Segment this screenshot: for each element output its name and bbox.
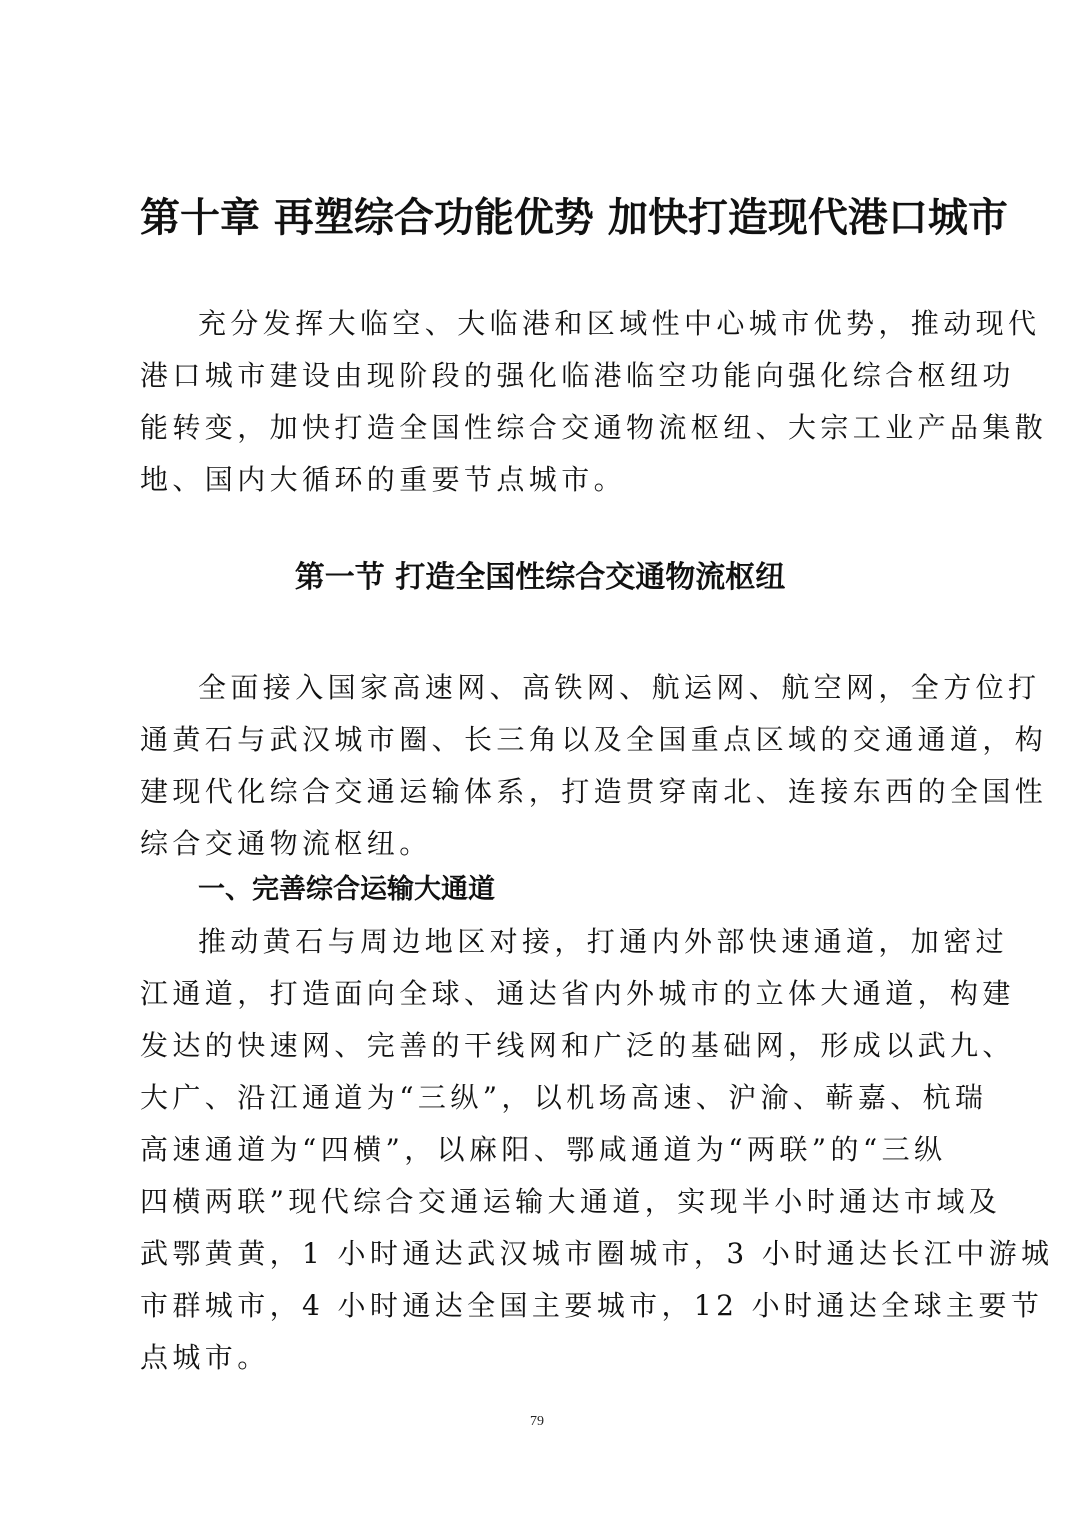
page-number: 79 <box>0 1412 1074 1432</box>
paragraph-line: 点城市。 <box>140 1332 940 1384</box>
paragraph-line: 充分发挥大临空、大临港和区域性中心城市优势，推动现代 <box>140 298 940 350</box>
paragraph-line: 全面接入国家高速网、高铁网、航运网、航空网，全方位打 <box>140 662 940 714</box>
paragraph-line: 发达的快速网、完善的干线网和广泛的基础网，形成以武九、 <box>140 1020 940 1072</box>
paragraph-line: 高速通道为“四横”，以麻阳、鄂咸通道为“两联”的“三纵 <box>140 1124 940 1176</box>
document-page: 第十章 再塑综合功能优势 加快打造现代港口城市 充分发挥大临空、大临港和区域性中… <box>0 0 1074 1520</box>
paragraph-line: 江通道，打造面向全球、通达省内外城市的立体大通道，构建 <box>140 968 940 1020</box>
chapter-intro-paragraph: 充分发挥大临空、大临港和区域性中心城市优势，推动现代 港口城市建设由现阶段的强化… <box>140 298 940 506</box>
section-title: 第一节 打造全国性综合交通物流枢纽 <box>140 556 940 600</box>
paragraph-line: 武鄂黄黄，1 小时通达武汉城市圈城市，3 小时通达长江中游城 <box>140 1228 940 1280</box>
paragraph-line: 地、国内大循环的重要节点城市。 <box>140 454 940 506</box>
paragraph-line: 能转变，加快打造全国性综合交通物流枢纽、大宗工业产品集散 <box>140 402 940 454</box>
paragraph-line: 港口城市建设由现阶段的强化临港临空功能向强化综合枢纽功 <box>140 350 940 402</box>
paragraph-line: 市群城市，4 小时通达全国主要城市，12 小时通达全球主要节 <box>140 1280 940 1332</box>
section-intro-paragraph: 全面接入国家高速网、高铁网、航运网、航空网，全方位打 通黄石与武汉城市圈、长三角… <box>140 662 940 870</box>
subsection-body-paragraph: 推动黄石与周边地区对接，打通内外部快速通道，加密过 江通道，打造面向全球、通达省… <box>140 916 940 1384</box>
paragraph-line: 通黄石与武汉城市圈、长三角以及全国重点区域的交通通道，构 <box>140 714 940 766</box>
paragraph-line: 综合交通物流枢纽。 <box>140 818 940 870</box>
subsection-heading: 一、完善综合运输大通道 <box>198 868 495 912</box>
paragraph-line: 推动黄石与周边地区对接，打通内外部快速通道，加密过 <box>140 916 940 968</box>
paragraph-line: 大广、沿江通道为“三纵”，以机场高速、沪渝、蕲嘉、杭瑞 <box>140 1072 940 1124</box>
paragraph-line: 建现代化综合交通运输体系，打造贯穿南北、连接东西的全国性 <box>140 766 940 818</box>
paragraph-line: 四横两联”现代综合交通运输大通道，实现半小时通达市域及 <box>140 1176 940 1228</box>
chapter-title: 第十章 再塑综合功能优势 加快打造现代港口城市 <box>140 190 940 246</box>
